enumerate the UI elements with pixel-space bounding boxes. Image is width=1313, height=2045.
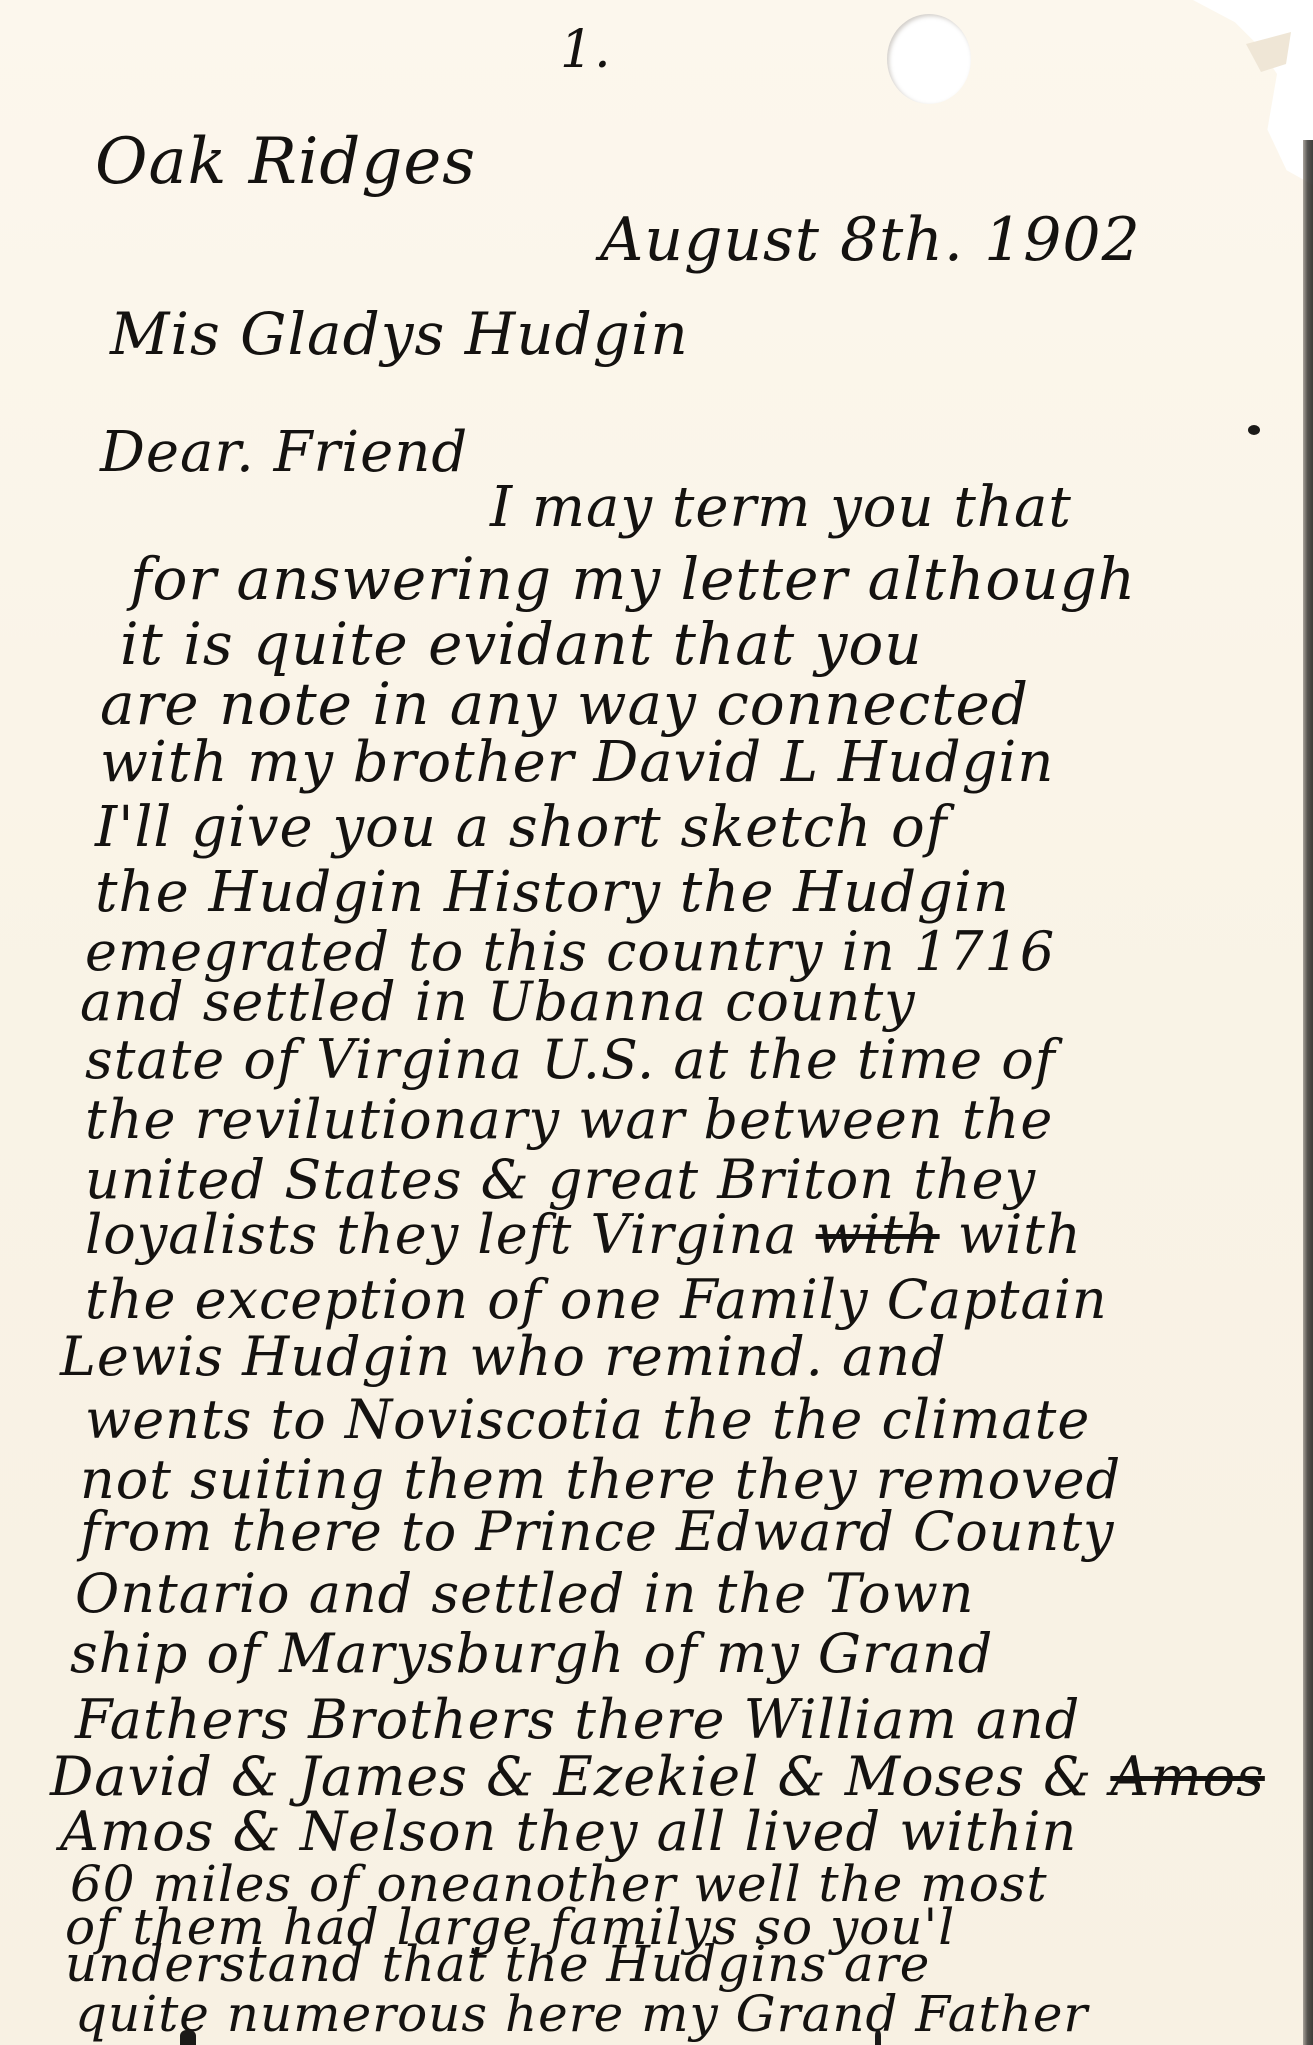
struck-word: Amos bbox=[1110, 1745, 1264, 1808]
page-edge-shadow bbox=[1303, 140, 1313, 2045]
letter-page: 1. Oak Ridges August 8th. 1902 Mis Glady… bbox=[0, 0, 1313, 2045]
body-line-14: the exception of one Family Captain bbox=[85, 1268, 1108, 1331]
struck-word: with bbox=[816, 1203, 940, 1266]
date-line: August 8th. 1902 bbox=[600, 205, 1141, 275]
body-line-23: Amos & Nelson they all lived within bbox=[60, 1800, 1077, 1863]
body-line-18: from there to Prince Edward County bbox=[80, 1500, 1115, 1563]
punch-hole bbox=[887, 14, 971, 104]
body-line-20: ship of Marysburgh of my Grand bbox=[70, 1622, 993, 1685]
body-line-13-text: loyalists they left Virgina bbox=[85, 1203, 797, 1266]
body-line-6: I'll give you a short sketch of bbox=[95, 795, 947, 860]
partial-glyph-bottom bbox=[875, 2030, 881, 2045]
body-line-13: loyalists they left Virgina with with bbox=[85, 1203, 1082, 1266]
body-line-22-text: David & James & Ezekiel & Moses & bbox=[50, 1745, 1092, 1808]
body-line-27: quite numerous here my Grand Father bbox=[75, 1985, 1088, 2043]
body-line-4: are note in any way connected bbox=[100, 670, 1029, 738]
body-line-21: Fathers Brothers there William and bbox=[75, 1688, 1080, 1751]
body-line-3: it is quite evidant that you bbox=[120, 610, 923, 678]
partial-glyph-bottom bbox=[180, 2030, 196, 2045]
corrected-word: with bbox=[958, 1203, 1082, 1266]
recipient-line: Mis Gladys Hudgin bbox=[110, 300, 689, 368]
place-heading: Oak Ridges bbox=[95, 125, 476, 199]
body-line-11: the revilutionary war between the bbox=[85, 1088, 1053, 1151]
body-line-7: the Hudgin History the Hudgin bbox=[95, 860, 1010, 925]
body-line-15: Lewis Hudgin who remind. and bbox=[60, 1325, 947, 1388]
page-number: 1. bbox=[560, 20, 612, 80]
body-line-22: David & James & Ezekiel & Moses & Amos bbox=[50, 1745, 1265, 1808]
body-line-16: wents to Noviscotia the the climate bbox=[85, 1388, 1090, 1451]
ink-spot bbox=[1248, 425, 1260, 435]
body-line-5: with my brother David L Hudgin bbox=[100, 730, 1054, 795]
torn-corner bbox=[1193, 0, 1313, 185]
body-line-2: for answering my letter although bbox=[130, 545, 1136, 613]
body-line-10: state of Virgina U.S. at the time of bbox=[85, 1028, 1056, 1091]
body-line-12: united States & great Briton they bbox=[85, 1148, 1036, 1211]
body-line-1: I may term you that bbox=[490, 475, 1072, 540]
salutation: Dear. Friend bbox=[100, 420, 468, 485]
body-line-19: Ontario and settled in the Town bbox=[75, 1562, 975, 1625]
body-line-9: and settled in Ubanna county bbox=[80, 970, 916, 1033]
